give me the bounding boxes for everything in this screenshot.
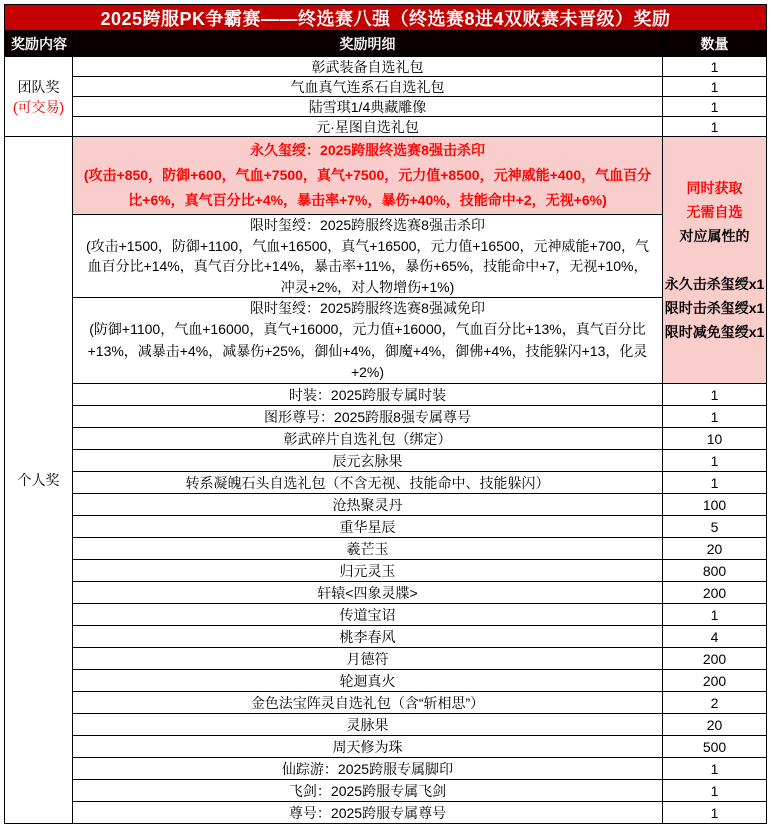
reward-name-cell: 桃李春风 bbox=[73, 626, 663, 648]
reward-name-cell: 重华星辰 bbox=[73, 516, 663, 538]
table-row: 传道宝诏1 bbox=[73, 604, 767, 626]
table-row: 彰武装备自选礼包1 bbox=[73, 57, 767, 77]
seal-block: 永久玺绶：2025跨服终选赛8强击杀印(攻击+850，防御+600，气血+750… bbox=[73, 137, 663, 215]
reward-name-cell: 飞剑：2025跨服专属飞剑 bbox=[73, 780, 663, 802]
reward-qty-cell: 100 bbox=[663, 494, 767, 516]
reward-qty-cell: 200 bbox=[663, 582, 767, 604]
table-row: 桃李春风4 bbox=[73, 626, 767, 648]
seal-block: 限时玺绶：2025跨服终选赛8强减免印(防御+1100，气血+16000，真气+… bbox=[73, 298, 663, 384]
table-row: 辰元玄脉果1 bbox=[73, 450, 767, 472]
reward-name-cell: 传道宝诏 bbox=[73, 604, 663, 626]
seal-block-title: 永久玺绶：2025跨服终选赛8强击杀印 bbox=[81, 138, 654, 163]
table-row: 重华星辰5 bbox=[73, 516, 767, 538]
seal-block-title: 限时玺绶：2025跨服终选赛8强减免印 bbox=[81, 298, 654, 320]
reward-name-cell: 羲芒玉 bbox=[73, 538, 663, 560]
table-header-row: 奖励内容 奖励明细 数量 bbox=[5, 31, 767, 57]
table-row: 金色法宝阵灵自选礼包（含“斩相思”）2 bbox=[73, 692, 767, 714]
reward-qty-cell: 200 bbox=[663, 670, 767, 692]
table-row: 轮迴真火200 bbox=[73, 670, 767, 692]
reward-name-cell: 轩辕<四象灵牒> bbox=[73, 582, 663, 604]
reward-qty-cell: 1 bbox=[663, 802, 767, 824]
table-row: 陆雪琪1/4典藏雕像1 bbox=[73, 97, 767, 117]
seal-note-line bbox=[663, 248, 766, 272]
seal-block-title: 限时玺绶：2025跨服终选赛8强击杀印 bbox=[81, 215, 654, 236]
table-row: 转系凝魄石头自选礼包（不含无视、技能命中、技能躲闪）1 bbox=[73, 472, 767, 494]
table-row: 灵脉果20 bbox=[73, 714, 767, 736]
reward-name-cell: 沧热聚灵丹 bbox=[73, 494, 663, 516]
reward-name-cell: 彰武碎片自选礼包（绑定） bbox=[73, 428, 663, 450]
reward-qty-cell: 1 bbox=[663, 780, 767, 802]
reward-qty-cell: 200 bbox=[663, 648, 767, 670]
personal-content: 永久玺绶：2025跨服终选赛8强击杀印(攻击+850，防御+600，气血+750… bbox=[73, 137, 767, 824]
reward-qty-cell: 1 bbox=[663, 77, 767, 97]
reward-qty-cell: 20 bbox=[663, 714, 767, 736]
rewards-table: 2025跨服PK争霸赛——终选赛八强（终选赛8进4双败赛未晋级）奖励 奖励内容 … bbox=[4, 4, 767, 824]
reward-name-cell: 时装：2025跨服专属时装 bbox=[73, 384, 663, 406]
seal-note-line: 永久击杀玺绶x1 bbox=[663, 272, 766, 296]
table-row: 飞剑：2025跨服专属飞剑1 bbox=[73, 780, 767, 802]
reward-name-cell: 归元灵玉 bbox=[73, 560, 663, 582]
reward-qty-cell: 2 bbox=[663, 692, 767, 714]
team-rows: 彰武装备自选礼包1气血真气连系石自选礼包1陆雪琪1/4典藏雕像1元·星图自选礼包… bbox=[73, 57, 767, 137]
table-row: 图形尊号：2025跨服8强专属尊号1 bbox=[73, 406, 767, 428]
reward-name-cell: 陆雪琪1/4典藏雕像 bbox=[73, 97, 663, 117]
reward-qty-cell: 5 bbox=[663, 516, 767, 538]
reward-name-cell: 彰武装备自选礼包 bbox=[73, 57, 663, 77]
table-row: 月德符200 bbox=[73, 648, 767, 670]
page-title: 2025跨服PK争霸赛——终选赛八强（终选赛8进4双败赛未晋级）奖励 bbox=[5, 5, 767, 31]
seal-area: 永久玺绶：2025跨服终选赛8强击杀印(攻击+850，防御+600，气血+750… bbox=[73, 137, 767, 384]
team-section: 团队奖 (可交易) 彰武装备自选礼包1气血真气连系石自选礼包1陆雪琪1/4典藏雕… bbox=[5, 57, 767, 137]
table-row: 时装：2025跨服专属时装1 bbox=[73, 384, 767, 406]
reward-qty-cell: 1 bbox=[663, 758, 767, 780]
table-row: 仙踪游：2025跨服专属脚印1 bbox=[73, 758, 767, 780]
reward-name-cell: 仙踪游：2025跨服专属脚印 bbox=[73, 758, 663, 780]
header-reward-content: 奖励内容 bbox=[5, 31, 73, 57]
table-row: 羲芒玉20 bbox=[73, 538, 767, 560]
table-row: 尊号：2025跨服专属尊号1 bbox=[73, 802, 767, 824]
team-award-tradable-label: (可交易) bbox=[13, 97, 64, 117]
reward-qty-cell: 1 bbox=[663, 406, 767, 428]
seal-note-line: 限时击杀玺绶x1 bbox=[663, 296, 766, 320]
seal-block: 限时玺绶：2025跨服终选赛8强击杀印(攻击+1500，防御+1100，气血+1… bbox=[73, 215, 663, 298]
reward-qty-cell: 1 bbox=[663, 117, 767, 137]
table-row: 气血真气连系石自选礼包1 bbox=[73, 77, 767, 97]
table-row: 彰武碎片自选礼包（绑定）10 bbox=[73, 428, 767, 450]
reward-name-cell: 轮迴真火 bbox=[73, 670, 663, 692]
reward-qty-cell: 1 bbox=[663, 57, 767, 77]
reward-name-cell: 灵脉果 bbox=[73, 714, 663, 736]
reward-name-cell: 图形尊号：2025跨服8强专属尊号 bbox=[73, 406, 663, 428]
seal-block-detail: (防御+1100，气血+16000，真气+16000，元力值+16000，气血百… bbox=[81, 319, 654, 384]
table-row: 轩辕<四象灵牒>200 bbox=[73, 582, 767, 604]
reward-name-cell: 尊号：2025跨服专属尊号 bbox=[73, 802, 663, 824]
reward-qty-cell: 1 bbox=[663, 97, 767, 117]
reward-qty-cell: 10 bbox=[663, 428, 767, 450]
reward-name-cell: 周天修为珠 bbox=[73, 736, 663, 758]
seal-block-detail: (攻击+850，防御+600，气血+7500，真气+7500，元力值+8500，… bbox=[81, 163, 654, 213]
reward-qty-cell: 1 bbox=[663, 450, 767, 472]
reward-name-cell: 金色法宝阵灵自选礼包（含“斩相思”） bbox=[73, 692, 663, 714]
table-row: 周天修为珠500 bbox=[73, 736, 767, 758]
seal-note-line: 限时减免玺绶x1 bbox=[663, 320, 766, 344]
reward-qty-cell: 1 bbox=[663, 472, 767, 494]
table-row: 沧热聚灵丹100 bbox=[73, 494, 767, 516]
seal-blocks: 永久玺绶：2025跨服终选赛8强击杀印(攻击+850，防御+600，气血+750… bbox=[73, 137, 663, 384]
table-row: 元·星图自选礼包1 bbox=[73, 117, 767, 137]
reward-qty-cell: 20 bbox=[663, 538, 767, 560]
reward-qty-cell: 4 bbox=[663, 626, 767, 648]
personal-section: 个人奖 永久玺绶：2025跨服终选赛8强击杀印(攻击+850，防御+600，气血… bbox=[5, 137, 767, 824]
seal-note-line: 无需自选 bbox=[663, 200, 766, 224]
seal-note-line: 同时获取 bbox=[663, 176, 766, 200]
reward-qty-cell: 800 bbox=[663, 560, 767, 582]
reward-name-cell: 月德符 bbox=[73, 648, 663, 670]
table-row: 归元灵玉800 bbox=[73, 560, 767, 582]
reward-qty-cell: 1 bbox=[663, 604, 767, 626]
seal-block-detail: (攻击+1500，防御+1100，气血+16500，真气+16500，元力值+1… bbox=[81, 236, 654, 298]
team-award-label: 团队奖 (可交易) bbox=[5, 57, 73, 137]
personal-rows: 时装：2025跨服专属时装1图形尊号：2025跨服8强专属尊号1彰武碎片自选礼包… bbox=[73, 384, 767, 824]
reward-qty-cell: 500 bbox=[663, 736, 767, 758]
reward-name-cell: 辰元玄脉果 bbox=[73, 450, 663, 472]
seal-note-cell: 同时获取无需自选对应属性的永久击杀玺绶x1限时击杀玺绶x1限时减免玺绶x1 bbox=[663, 137, 767, 384]
reward-qty-cell: 1 bbox=[663, 384, 767, 406]
header-quantity: 数量 bbox=[663, 31, 767, 57]
reward-name-cell: 元·星图自选礼包 bbox=[73, 117, 663, 137]
reward-name-cell: 气血真气连系石自选礼包 bbox=[73, 77, 663, 97]
reward-name-cell: 转系凝魄石头自选礼包（不含无视、技能命中、技能躲闪） bbox=[73, 472, 663, 494]
personal-award-label: 个人奖 bbox=[5, 137, 73, 824]
seal-note-line: 对应属性的 bbox=[663, 224, 766, 248]
header-reward-detail: 奖励明细 bbox=[73, 31, 663, 57]
team-award-label-main: 团队奖 bbox=[13, 77, 64, 97]
